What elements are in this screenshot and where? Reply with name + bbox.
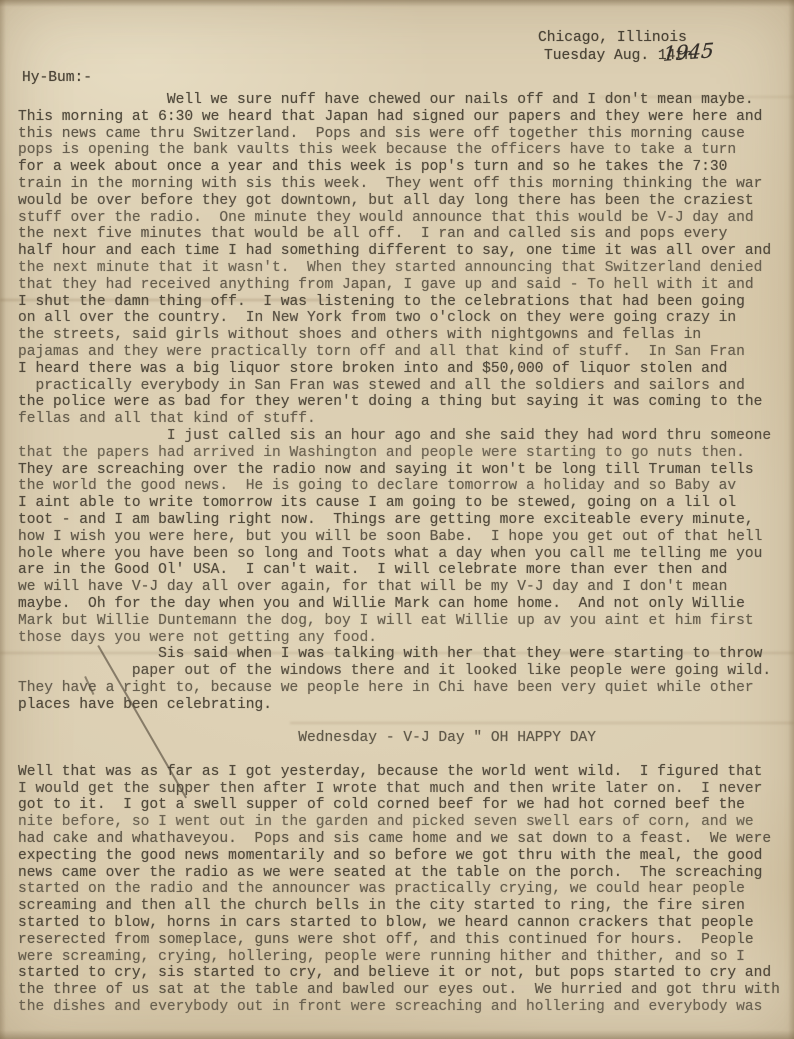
letter-line: started to cry, sis started to cry, and … [18, 965, 794, 982]
letter-line: that they had received anything from Jap… [18, 277, 794, 294]
letter-line: This morning at 6:30 we heard that Japan… [18, 109, 794, 126]
paper-edge-shadow-top [0, 0, 794, 7]
letter-line: half hour and each time I had something … [18, 243, 794, 260]
letter-line: screaming and then all the church bells … [18, 898, 794, 915]
letter-line: got to it. I got a swell supper of cold … [18, 797, 794, 814]
letter-line: I aint able to write tomorrow its cause … [18, 495, 794, 512]
letter-line: train in the morning with sis this week.… [18, 176, 794, 193]
letter-line: pops is opening the bank vaults this wee… [18, 142, 794, 159]
handwritten-year: 1945 [662, 38, 714, 66]
letter-body: Well we sure nuff have chewed our nails … [18, 92, 794, 1016]
letter-line: practically everybody in San Fran was st… [18, 378, 794, 395]
letter-line: I would get the supper then after I wrot… [18, 781, 794, 798]
letter-line: Sis said when I was talking with her tha… [18, 646, 794, 663]
letter-line [18, 713, 794, 730]
letter-line: started on the radio and the announcer w… [18, 881, 794, 898]
letter-line: nite before, so I went out in the garden… [18, 814, 794, 831]
letter-line: I just called sis an hour ago and she sa… [18, 428, 794, 445]
letter-line: hole where you have been so long and Too… [18, 546, 794, 563]
letter-line: for a week about once a year and this we… [18, 159, 794, 176]
letter-line: I heard there was a big liquor store bro… [18, 361, 794, 378]
letter-line: They have a right to, because we people … [18, 680, 794, 697]
letter-line: Wednesday - V-J Day " OH HAPPY DAY [18, 730, 794, 747]
letter-line: pajamas and they were practically torn o… [18, 344, 794, 361]
letter-line: maybe. Oh for the day when you and Willi… [18, 596, 794, 613]
letter-line: paper out of the windows there and it lo… [18, 663, 794, 680]
letter-line: how I wish you were here, but you will b… [18, 529, 794, 546]
letter-line: are in the Good Ol' USA. I can't wait. I… [18, 562, 794, 579]
letter-line: news came over the radio as we were seat… [18, 865, 794, 882]
letter-line: places have been celebrating. [18, 697, 794, 714]
letter-line: reserected from someplace, guns were sho… [18, 932, 794, 949]
greeting: Hy-Bum:- [22, 70, 92, 86]
letter-line: on all over the country. In New York fro… [18, 310, 794, 327]
letter-line: we will have V-J day all over again, for… [18, 579, 794, 596]
letter-line: the three of us sat at the table and baw… [18, 982, 794, 999]
letter-line: this news came thru Switzerland. Pops an… [18, 126, 794, 143]
letter-line: the next five minutes that would be all … [18, 226, 794, 243]
paper-edge-shadow-bottom [0, 1030, 794, 1039]
letter-line: those days you were not getting any food… [18, 630, 794, 647]
letter-line: toot - and I am bawling right now. Thing… [18, 512, 794, 529]
letter-line: fellas and all that kind of stuff. [18, 411, 794, 428]
letter-line: the world the good news. He is going to … [18, 478, 794, 495]
letter-line: Well we sure nuff have chewed our nails … [18, 92, 794, 109]
letter-line [18, 747, 794, 764]
letter-line: had cake and whathaveyou. Pops and sis c… [18, 831, 794, 848]
letter-line: would be over before they got downtown, … [18, 193, 794, 210]
letter-line: They are screaching over the radio now a… [18, 462, 794, 479]
letter-line: the police were as bad for they weren't … [18, 394, 794, 411]
letter-line: Well that was as far as I got yesterday,… [18, 764, 794, 781]
letter-line: the next minute that it wasn't. When the… [18, 260, 794, 277]
letter-line: I shut the damn thing off. I was listeni… [18, 294, 794, 311]
letter-line: the dishes and everybody out in front we… [18, 999, 794, 1016]
letter-line: the streets, said girls without shoes an… [18, 327, 794, 344]
letter-line: that the papers had arrived in Washingto… [18, 445, 794, 462]
letter-line: expecting the good news momentarily and … [18, 848, 794, 865]
letter-line: stuff over the radio. One minute they wo… [18, 210, 794, 227]
paper-edge-shadow-left [0, 0, 6, 1039]
letter-line: Mark but Willie Duntemann the dog, boy I… [18, 613, 794, 630]
letter-line: were screaming, crying, hollering, peopl… [18, 949, 794, 966]
letter-page: Chicago, Illinois Tuesday Aug. 14th 1945… [0, 0, 794, 1039]
letter-line: started to blow, horns in cars started t… [18, 915, 794, 932]
